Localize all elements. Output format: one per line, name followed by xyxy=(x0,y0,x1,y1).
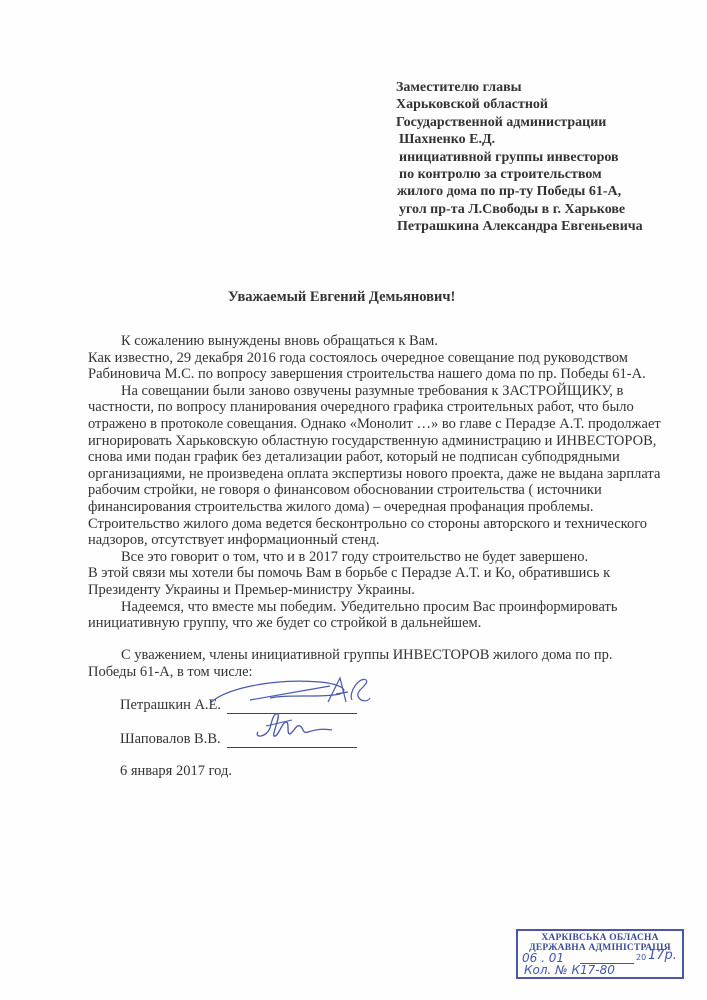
body-line: Надеемся, что вместе мы победим. Убедите… xyxy=(88,599,688,616)
body-line: Рабиновича М.С. по вопросу завершения ст… xyxy=(88,366,688,383)
body-line: организациями, не произведена оплата экс… xyxy=(88,466,688,483)
closing-line: Победы 61-А, в том числе: xyxy=(88,664,613,681)
letter-date: 6 января 2017 год. xyxy=(120,763,232,780)
letter-page: Заместителю главы Харьковской областной … xyxy=(0,0,707,1000)
addressee-line: жилого дома по пр-ту Победы 61-А, xyxy=(396,183,643,200)
body-line: Все это говорит о том, что и в 2017 году… xyxy=(88,549,688,566)
addressee-line: по контролю за строительством xyxy=(396,166,643,183)
addressee-block: Заместителю главы Харьковской областной … xyxy=(396,79,643,236)
closing-block: С уважением, члены инициативной группы И… xyxy=(88,647,613,681)
signatory-name: Шаповалов В.В. xyxy=(120,731,221,748)
addressee-line: угол пр-та Л.Свободы в г. Харькове xyxy=(396,201,643,218)
body-line: отражено в протоколе совещания. Однако «… xyxy=(88,416,688,433)
signature-line xyxy=(227,699,357,714)
signatory-row: Шаповалов В.В. xyxy=(120,731,357,748)
body-line: Президенту Украины и Премьер-министру Ук… xyxy=(88,582,688,599)
body-line: Как известно, 29 декабря 2016 года состо… xyxy=(88,350,688,367)
body-line: инициативную группу, что же будет со стр… xyxy=(88,615,688,632)
addressee-line: инициативной группы инвесторов xyxy=(396,149,643,166)
salutation: Уважаемый Евгений Демьянович! xyxy=(228,289,455,306)
body-line: надзоров, отсутствует информационный сте… xyxy=(88,532,688,549)
addressee-line: Харьковской областной xyxy=(396,96,643,113)
body-line: На совещании были заново озвучены разумн… xyxy=(88,383,688,400)
body-line: В этой связи мы хотели бы помочь Вам в б… xyxy=(88,565,688,582)
addressee-line: Шахненко Е.Д. xyxy=(396,131,643,148)
body-line: Строительство жилого дома ведется бескон… xyxy=(88,516,688,533)
stamp-year: 17р. xyxy=(648,948,677,963)
addressee-line: Заместителю главы xyxy=(396,79,643,96)
letter-body: К сожалению вынуждены вновь обращаться к… xyxy=(88,333,688,632)
body-line: рабочим стройки, не говоря о финансовом … xyxy=(88,482,688,499)
stamp-line: ХАРКІВСЬКА ОБЛАСНА xyxy=(518,933,682,943)
stamp-number: Кол. № К17-80 xyxy=(524,963,615,977)
addressee-line: Петрашкина Александра Евгеньевича xyxy=(396,218,643,235)
body-line: снова ими подан график без детализации р… xyxy=(88,449,688,466)
signatory-row: Петрашкин А.Е. xyxy=(120,697,357,714)
stamp-year-prefix: 20 xyxy=(636,953,646,962)
signature-line xyxy=(227,733,357,748)
addressee-line: Государственной администрации xyxy=(396,114,643,131)
body-line: частности, по вопросу планирования очере… xyxy=(88,399,688,416)
body-line: К сожалению вынуждены вновь обращаться к… xyxy=(88,333,688,350)
closing-line: С уважением, члены инициативной группы И… xyxy=(88,647,613,664)
signatory-name: Петрашкин А.Е. xyxy=(120,697,221,714)
body-line: игнорировать Харьковскую областную госуд… xyxy=(88,433,688,450)
registration-stamp: ХАРКІВСЬКА ОБЛАСНА ДЕРЖАВНА АДМІНІСТРАЦІ… xyxy=(516,929,684,979)
body-line: финансирования строительства жилого дома… xyxy=(88,499,688,516)
